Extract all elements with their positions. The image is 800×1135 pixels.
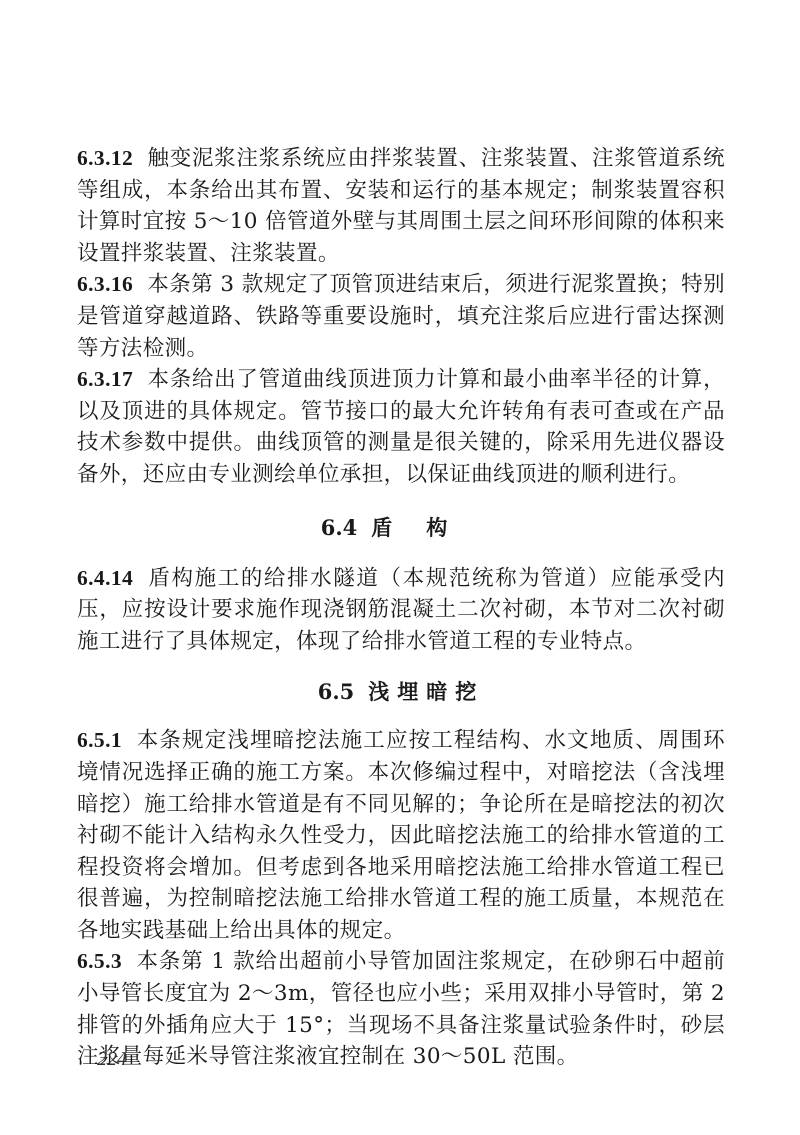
clause-6-5-3: 6.5.3本条第 1 款给出超前小导管加固注浆规定，在砂卵石中超前小导管长度宜为… [77, 946, 725, 1072]
clause-6-5-1: 6.5.1本条规定浅埋暗挖法施工应按工程结构、水文地质、周围环境情况选择正确的施… [77, 725, 725, 946]
clause-text: 本条第 3 款规定了顶管顶进结束后，须进行泥浆置换；特别是管道穿越道路、铁路等重… [77, 272, 725, 360]
clause-text: 触变泥浆注浆系统应由拌浆装置、注浆装置、注浆管道系统等组成，本条给出其布置、安装… [77, 146, 725, 266]
clause-number: 6.5.3 [77, 949, 122, 973]
clause-number: 6.3.17 [77, 367, 133, 391]
clause-number: 6.4.14 [77, 566, 133, 590]
clause-text: 本条规定浅埋暗挖法施工应按工程结构、水文地质、周围环境情况选择正确的施工方案。本… [77, 728, 725, 943]
clause-6-3-12: 6.3.12触变泥浆注浆系统应由拌浆装置、注浆装置、注浆管道系统等组成，本条给出… [77, 143, 725, 269]
clause-text: 本条第 1 款给出超前小导管加固注浆规定，在砂卵石中超前小导管长度宜为 2～3m… [77, 949, 725, 1069]
clause-number: 6.5.1 [77, 728, 122, 752]
section-title: 浅埋暗挖 [368, 676, 484, 708]
section-heading-6-5: 6.5浅埋暗挖 [77, 676, 725, 708]
clause-6-3-17: 6.3.17本条给出了管道曲线顶进顶力计算和最小曲率半径的计算，以及顶进的具体规… [77, 364, 725, 490]
section-title: 盾构 [371, 512, 481, 544]
section-number: 6.4 [321, 515, 358, 540]
document-body: 6.3.12触变泥浆注浆系统应由拌浆装置、注浆装置、注浆管道系统等组成，本条给出… [77, 143, 725, 1073]
clause-number: 6.3.16 [77, 272, 133, 296]
clause-6-3-16: 6.3.16本条第 3 款规定了顶管顶进结束后，须进行泥浆置换；特别是管道穿越道… [77, 269, 725, 364]
clause-text: 盾构施工的给排水隧道（本规范统称为管道）应能承受内压，应按设计要求施作现浇钢筋混… [77, 566, 725, 654]
page-number: 224 [97, 1048, 127, 1071]
section-heading-6-4: 6.4盾构 [77, 512, 725, 544]
clause-number: 6.3.12 [77, 146, 133, 170]
clause-6-4-14: 6.4.14盾构施工的给排水隧道（本规范统称为管道）应能承受内压，应按设计要求施… [77, 563, 725, 658]
section-number: 6.5 [318, 679, 355, 704]
clause-text: 本条给出了管道曲线顶进顶力计算和最小曲率半径的计算，以及顶进的具体规定。管节接口… [77, 367, 725, 487]
